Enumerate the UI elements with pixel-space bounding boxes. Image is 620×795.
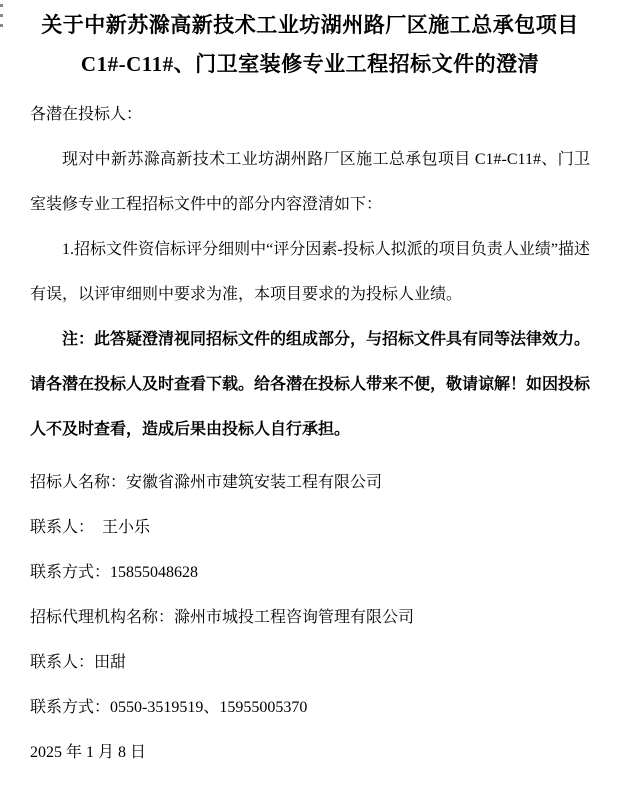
document-date: 2025 年 1 月 8 日 <box>30 730 590 775</box>
tenderer-phone-value: 15855048628 <box>110 564 198 581</box>
agency-phone-row: 联系方式：0550-3519519、15955005370 <box>30 685 590 730</box>
tenderer-phone-row: 联系方式：15855048628 <box>30 550 590 595</box>
tenderer-phone-label: 联系方式： <box>30 564 110 581</box>
intro-paragraph: 现对中新苏滁高新技术工业坊湖州路厂区施工总承包项目 C1#-C11#、门卫室装修… <box>30 137 590 227</box>
tenderer-contact-person-value: 王小乐 <box>86 519 150 536</box>
agency-phone-label: 联系方式： <box>30 699 110 716</box>
agency-contact-person-row: 联系人：田甜 <box>30 640 590 685</box>
agency-name-value: 滁州市城投工程咨询管理有限公司 <box>174 609 414 626</box>
document-page: 关于中新苏滁高新技术工业坊湖州路厂区施工总承包项目 C1#-C11#、门卫室装修… <box>0 0 620 795</box>
edge-artifact-dash <box>0 4 3 7</box>
contact-info-block: 招标人名称：安徽省滁州市建筑安装工程有限公司 联系人： 王小乐 联系方式：158… <box>30 460 590 775</box>
agency-phone-value: 0550-3519519、15955005370 <box>110 699 307 716</box>
note-paragraph: 注：此答疑澄清视同招标文件的组成部分，与招标文件具有同等法律效力。请各潜在投标人… <box>30 317 590 452</box>
edge-artifact-dash <box>0 24 3 27</box>
agency-name-label: 招标代理机构名称： <box>30 609 174 626</box>
tenderer-name-value: 安徽省滁州市建筑安装工程有限公司 <box>126 474 382 491</box>
tenderer-contact-person-label: 联系人： <box>30 519 86 536</box>
clarification-item-1: 1.招标文件资信标评分细则中“评分因素-投标人拟派的项目负责人业绩”描述有误，以… <box>30 227 590 317</box>
tenderer-name-label: 招标人名称： <box>30 474 126 491</box>
agency-contact-person-label: 联系人： <box>30 654 94 671</box>
tenderer-name-row: 招标人名称：安徽省滁州市建筑安装工程有限公司 <box>30 460 590 505</box>
agency-name-row: 招标代理机构名称：滁州市城投工程咨询管理有限公司 <box>30 595 590 640</box>
document-body: 各潜在投标人： 现对中新苏滁高新技术工业坊湖州路厂区施工总承包项目 C1#-C1… <box>30 92 590 775</box>
edge-artifact-dash <box>0 14 3 17</box>
document-title-line-2: C1#-C11#、门卫室装修专业工程招标文件的澄清 <box>30 45 590 84</box>
document-title-line-1: 关于中新苏滁高新技术工业坊湖州路厂区施工总承包项目 <box>30 6 590 45</box>
salutation: 各潜在投标人： <box>30 92 590 137</box>
tenderer-contact-person-row: 联系人： 王小乐 <box>30 505 590 550</box>
document-title: 关于中新苏滁高新技术工业坊湖州路厂区施工总承包项目 C1#-C11#、门卫室装修… <box>30 6 590 84</box>
agency-contact-person-value: 田甜 <box>94 654 126 671</box>
screen-edge-artifact <box>0 4 4 34</box>
